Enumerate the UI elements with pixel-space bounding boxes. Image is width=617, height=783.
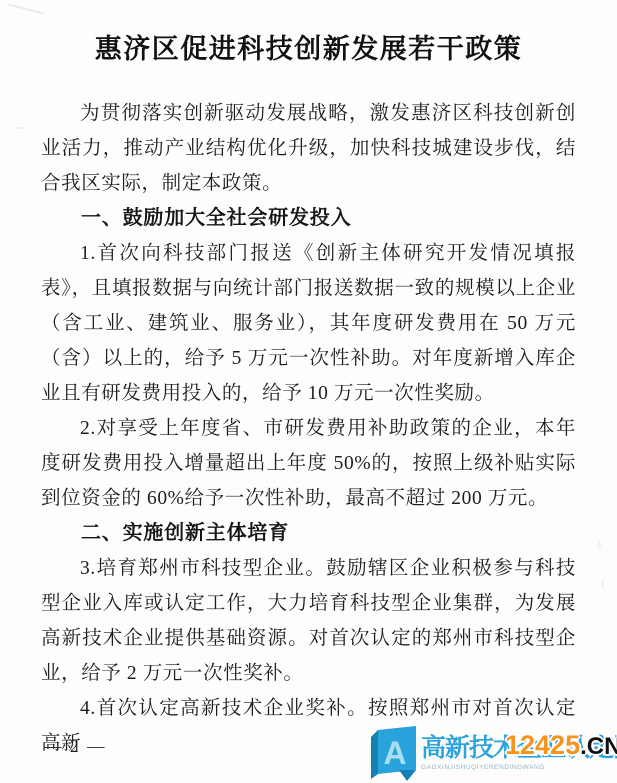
scan-artifact [14,127,24,129]
clause-1-paragraph: 1.首次向科技部门报送《创新主体研究开发情况填报表》，且填报数据与向统计部门报送… [41,236,576,411]
svg-text:A: A [383,735,406,771]
watermark-pinyin: GAOXINJISHUQIYERENDINGWANG [421,764,617,771]
site-watermark: A 高新技术企业认定网 GAOXINJISHUQIYERENDINGWANG 1… [371,724,617,782]
clause-2-paragraph: 2.对享受上年度省、市研发费用补助政策的企业，本年度研发费用投入增量超出上年度 … [41,411,576,516]
logo-a-icon: A [371,725,416,781]
page-number: — 2 — [44,736,107,757]
scan-artifact [598,540,601,550]
document-title: 惠济区促进科技创新发展若干政策 [0,0,617,66]
watermark-tld: .CN [580,733,617,760]
watermark-text: 高新技术企业认定网 GAOXINJISHUQIYERENDINGWANG 124… [421,735,617,770]
section-2-heading: 二、实施创新主体培育 [41,516,576,551]
watermark-number: 12425 [505,730,580,760]
scan-artifact [601,580,604,588]
clause-3-paragraph: 3.培育郑州市科技型企业。鼓励辖区企业积极参与科技型企业入库或认定工作，大力培育… [41,551,576,691]
document-body: 为贯彻落实创新驱动发展战略，激发惠济区科技创新创业活力，推动产业结构优化升级，加… [41,96,576,761]
watermark-domain-overlay: 12425.CN [505,731,617,761]
intro-paragraph: 为贯彻落实创新驱动发展战略，激发惠济区科技创新创业活力，推动产业结构优化升级，加… [41,96,576,201]
section-1-heading: 一、鼓励加大全社会研发投入 [41,201,576,236]
document-page: 惠济区促进科技创新发展若干政策 为贯彻落实创新驱动发展战略，激发惠济区科技创新创… [0,0,617,783]
